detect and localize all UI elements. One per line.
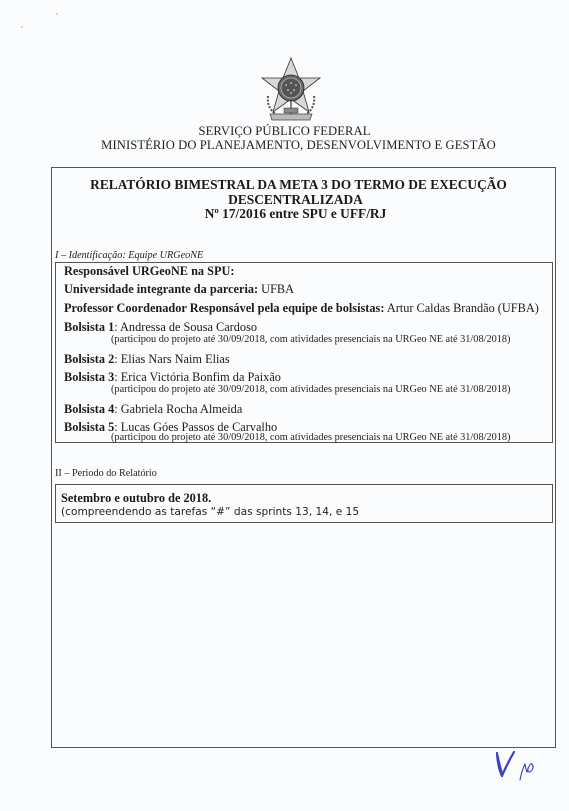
brazil-coat-of-arms-icon bbox=[256, 56, 326, 124]
bolsista-row: Bolsista 4: Gabriela Rocha Almeida bbox=[64, 402, 242, 417]
universidade-row: Universidade integrante da parceria: UFB… bbox=[64, 282, 294, 297]
section-period-label: II – Periodo do Relatório bbox=[55, 468, 157, 479]
title-line-1: RELATÓRIO BIMESTRAL DA META 3 DO TERMO D… bbox=[0, 178, 569, 193]
header-ministry-name: MINISTÉRIO DO PLANEJAMENTO, DESENVOLVIME… bbox=[14, 138, 569, 153]
professor-value: Artur Caldas Brandão (UFBA) bbox=[384, 301, 538, 315]
bolsista-name: : Erica Victória Bonfim da Paixão bbox=[114, 370, 281, 384]
professor-label: Professor Coordenador Responsável pela e… bbox=[64, 301, 384, 315]
responsavel-label: Responsável URGeoNE na SPU: bbox=[64, 264, 234, 278]
period-detail: (compreendendo as tarefas “#” das sprint… bbox=[61, 506, 359, 518]
bolsista-row: Bolsista 1: Andressa de Sousa Cardoso bbox=[64, 320, 257, 335]
title-line-3: Nº 17/2016 entre SPU e UFF/RJ bbox=[0, 207, 569, 222]
scan-speck bbox=[21, 26, 23, 28]
header-service-name: SERVIÇO PÚBLICO FEDERAL bbox=[0, 124, 569, 139]
bolsista-label: Bolsista 2 bbox=[64, 352, 114, 366]
report-title: RELATÓRIO BIMESTRAL DA META 3 DO TERMO D… bbox=[0, 178, 569, 222]
bolsista-note: (participou do projeto até 30/09/2018, c… bbox=[111, 432, 510, 443]
universidade-value: UFBA bbox=[258, 282, 294, 296]
bolsista-name: : Andressa de Sousa Cardoso bbox=[114, 320, 257, 334]
universidade-label: Universidade integrante da parceria: bbox=[64, 282, 258, 296]
scan-speck bbox=[56, 13, 58, 15]
period-value: Setembro e outubro de 2018. bbox=[61, 491, 211, 506]
bolsista-row: Bolsista 3: Erica Victória Bonfim da Pai… bbox=[64, 370, 281, 385]
professor-row: Professor Coordenador Responsável pela e… bbox=[64, 301, 539, 316]
handwritten-initials-icon bbox=[494, 750, 544, 784]
title-line-2: DESCENTRALIZADA bbox=[0, 193, 569, 208]
bolsista-label: Bolsista 3 bbox=[64, 370, 114, 384]
bolsista-note: (participou do projeto até 30/09/2018, c… bbox=[111, 384, 510, 395]
bolsista-label: Bolsista 5 bbox=[64, 420, 114, 434]
section-identification-label: I – Identificação: Equipe URGeoNE bbox=[55, 250, 203, 261]
responsavel-row: Responsável URGeoNE na SPU: bbox=[64, 264, 234, 279]
bolsista-name: : Elias Nars Naim Elias bbox=[114, 352, 229, 366]
bolsista-note: (participou do projeto até 30/09/2018, c… bbox=[111, 334, 510, 345]
bolsista-label: Bolsista 4 bbox=[64, 402, 114, 416]
bolsista-label: Bolsista 1 bbox=[64, 320, 114, 334]
bolsista-row: Bolsista 2: Elias Nars Naim Elias bbox=[64, 352, 230, 367]
bolsista-name: : Gabriela Rocha Almeida bbox=[114, 402, 242, 416]
